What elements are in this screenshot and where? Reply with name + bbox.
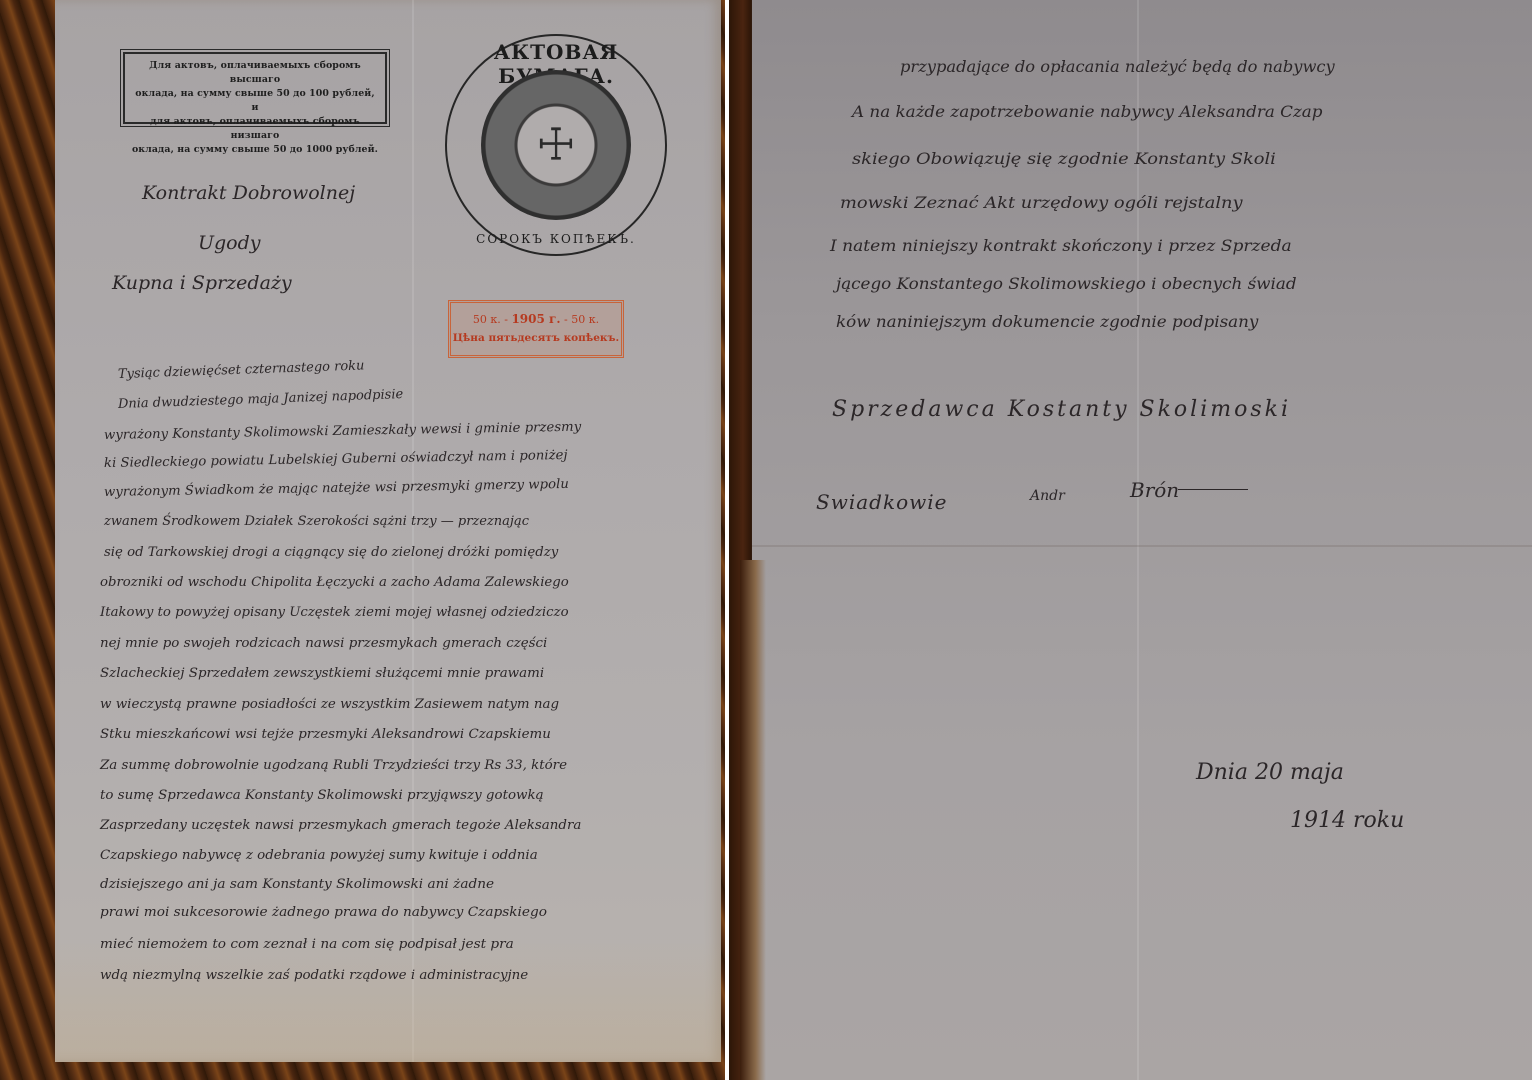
body-line: A na każde zapotrzebowanie nabywcy Aleks…: [852, 103, 1323, 121]
stamp-price: СОРОКЪ КОПѢЕКЪ.: [447, 232, 665, 246]
body-line: ków naniniejszym dokumencie zgodnie podp…: [836, 313, 1258, 331]
body-line: Czapskiego nabywcę z odebrania powyżej s…: [100, 848, 538, 863]
body-line: nej mnie po swojeh rodzicach nawsi przes…: [100, 636, 547, 651]
notice-line: оклада, на сумму свыше 50 до 1000 рублей…: [131, 143, 379, 157]
witness-signature: Brón: [1130, 478, 1179, 502]
body-line: wdą niezmylną wszelkie zaś podatki rządo…: [100, 968, 528, 983]
body-line: się od Tarkowskiej drogi a ciągnący się …: [104, 545, 558, 560]
notice-line: для актовъ, оплачиваемыхъ сборомъ низшаг…: [131, 115, 379, 143]
denomination-left: 50 к.: [473, 313, 501, 326]
body-line: skiego Obowiązuję się zgodnie Konstanty …: [852, 150, 1276, 168]
official-paper-stamp: АКТОВАЯ БУМАГА. ☩ СОРОКЪ КОПѢЕКЪ.: [445, 34, 667, 256]
body-line: prawi moi sukcesorowie żadnego prawa do …: [100, 905, 547, 920]
heading-line: Kontrakt Dobrowolnej: [142, 182, 355, 204]
body-line: dzisiejszego ani ja sam Konstanty Skolim…: [100, 877, 494, 892]
body-line: I natem niniejszy kontrakt skończony i p…: [830, 237, 1292, 255]
stamp-ornament: ☩: [481, 70, 631, 220]
signature-underline: [1178, 489, 1248, 490]
body-line: Zasprzedany uczęstek nawsi przesmykach g…: [100, 818, 581, 833]
left-page-photo: Для актовъ, оплачиваемыхъ сборомъ высшаг…: [0, 0, 725, 1080]
body-line: Stku mieszkańcowi wsi tejże przesmyki Al…: [100, 727, 551, 742]
fold-crease: [412, 0, 414, 1062]
body-line: mieć niemożem to com zeznał i na com się…: [100, 937, 514, 952]
body-line: Itakowy to powyżej opisany Uczęstek ziem…: [100, 605, 569, 620]
date-line: Dnia 20 maja: [1196, 760, 1344, 785]
revenue-stamp-price: Цѣна пятьдесятъ копѣекъ.: [451, 332, 621, 344]
heading-line: Ugody: [198, 232, 261, 254]
body-line: obrozniki od wschodu Chipolita Łęczycki …: [100, 575, 569, 590]
heading-line: Kupna i Sprzedaży: [112, 272, 292, 294]
revenue-stamp: 50 к. - 1905 г. - 50 к. Цѣна пятьдесятъ …: [448, 300, 624, 358]
witness-signature: Andr: [1030, 488, 1065, 504]
fold-crease: [752, 545, 1532, 547]
torn-edge: [740, 560, 766, 1080]
witnesses-label: Swiadkowie: [816, 490, 947, 514]
stamp-year: 1905 г.: [511, 312, 560, 326]
body-line: zwanem Środkowem Działek Szerokości sążn…: [104, 514, 529, 529]
denomination-right: 50 к.: [571, 313, 599, 326]
body-line: przypadające do opłacania należyć będą d…: [900, 58, 1335, 76]
double-headed-eagle-icon: ☩: [536, 120, 575, 171]
body-line: Szlacheckiej Sprzedałem zewszystkiemi sł…: [100, 666, 544, 681]
body-line: w wieczystą prawne posiadłości ze wszyst…: [100, 697, 559, 712]
body-line: jącego Konstantego Skolimowskiego i obec…: [836, 275, 1297, 293]
date-year-line: 1914 roku: [1290, 808, 1404, 833]
printed-notice-box: Для актовъ, оплачиваемыхъ сборомъ высшаг…: [123, 52, 387, 124]
notice-line: оклада, на сумму свыше 50 до 100 рублей,…: [131, 87, 379, 115]
body-line: Za summę dobrowolnie ugodzaną Rubli Trzy…: [100, 758, 567, 773]
body-line: to sumę Sprzedawca Konstanty Skolimowski…: [100, 788, 544, 803]
body-line: mowski Zeznać Akt urzędowy ogóli rejstal…: [840, 194, 1243, 212]
seller-signature: Sprzedawca Kostanty Skolimoski: [832, 397, 1291, 422]
revenue-stamp-denomination: 50 к. - 1905 г. - 50 к.: [451, 312, 621, 326]
notice-line: Для актовъ, оплачиваемыхъ сборомъ высшаг…: [131, 59, 379, 87]
